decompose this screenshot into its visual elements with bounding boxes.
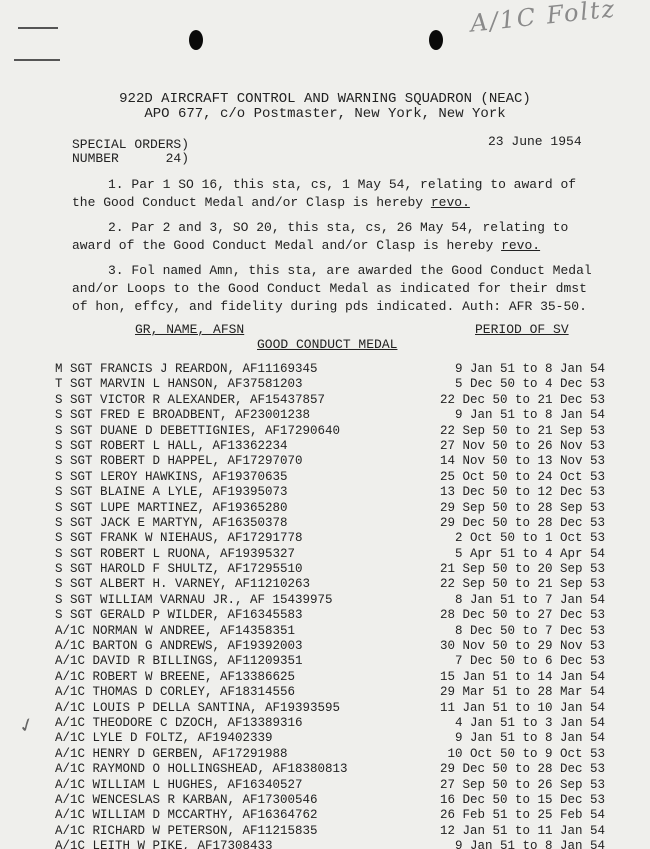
service-period: 29 Mar 51 to 28 Mar 54: [440, 685, 605, 700]
orders-label: SPECIAL ORDERS): [72, 137, 189, 152]
table-row: S SGT ROBERT L RUONA, AF193953275 Apr 51…: [55, 547, 615, 562]
service-period: 9 Jan 51 to 8 Jan 54: [455, 408, 605, 423]
awardee-name: S SGT FRANK W NIEHAUS, AF17291778: [55, 531, 303, 546]
service-period: 5 Apr 51 to 4 Apr 54: [455, 547, 605, 562]
punch-hole: [429, 30, 443, 50]
table-row: A/1C HENRY D GERBEN, AF1729198810 Oct 50…: [55, 747, 615, 762]
service-period: 8 Dec 50 to 7 Dec 53: [455, 624, 605, 639]
awardee-name: S SGT VICTOR R ALEXANDER, AF15437857: [55, 393, 325, 408]
awardee-name: A/1C RAYMOND O HOLLINGSHEAD, AF18380813: [55, 762, 348, 777]
table-row: S SGT DUANE D DEBETTIGNIES, AF1729064022…: [55, 424, 615, 439]
service-period: 7 Dec 50 to 6 Dec 53: [455, 654, 605, 669]
awardee-name: S SGT ROBERT L RUONA, AF19395327: [55, 547, 295, 562]
awardee-name: S SGT FRED E BROADBENT, AF23001238: [55, 408, 310, 423]
section-header: GOOD CONDUCT MEDAL: [257, 337, 397, 352]
service-period: 14 Nov 50 to 13 Nov 53: [440, 454, 605, 469]
awardee-name: A/1C DAVID R BILLINGS, AF11209351: [55, 654, 303, 669]
table-row: A/1C DAVID R BILLINGS, AF112093517 Dec 5…: [55, 654, 615, 669]
checkmark-icon: ✓: [16, 712, 37, 741]
service-period: 27 Nov 50 to 26 Nov 53: [440, 439, 605, 454]
table-row: A/1C ROBERT W BREENE, AF1338662515 Jan 5…: [55, 670, 615, 685]
awardee-name: A/1C LOUIS P DELLA SANTINA, AF19393595: [55, 701, 340, 716]
service-period: 30 Nov 50 to 29 Nov 53: [440, 639, 605, 654]
table-row: A/1C THOMAS D CORLEY, AF1831455629 Mar 5…: [55, 685, 615, 700]
awardee-name: M SGT FRANCIS J REARDON, AF11169345: [55, 362, 318, 377]
table-row: S SGT ROBERT D HAPPEL, AF1729707014 Nov …: [55, 454, 615, 469]
service-period: 12 Jan 51 to 11 Jan 54: [440, 824, 605, 839]
table-row: A/1C RAYMOND O HOLLINGSHEAD, AF183808132…: [55, 762, 615, 777]
service-period: 5 Dec 50 to 4 Dec 53: [455, 377, 605, 392]
service-period: 9 Jan 51 to 8 Jan 54: [455, 839, 605, 849]
service-period: 21 Sep 50 to 20 Sep 53: [440, 562, 605, 577]
paragraph-text: 3. Fol named Amn, this sta, are awarded …: [72, 263, 592, 314]
service-period: 22 Sep 50 to 21 Sep 53: [440, 424, 605, 439]
table-row: A/1C THEODORE C DZOCH, AF133893164 Jan 5…: [55, 716, 615, 731]
table-row: S SGT ALBERT H. VARNEY, AF1121026322 Sep…: [55, 577, 615, 592]
table-row: A/1C WILLIAM D MCCARTHY, AF1636476226 Fe…: [55, 808, 615, 823]
awardee-name: S SGT GERALD P WILDER, AF16345583: [55, 608, 303, 623]
paragraph-emphasis: revo.: [501, 238, 540, 253]
table-row: A/1C WENCESLAS R KARBAN, AF1730054616 De…: [55, 793, 615, 808]
table-row: M SGT FRANCIS J REARDON, AF111693459 Jan…: [55, 362, 615, 377]
awardee-name: T SGT MARVIN L HANSON, AF37581203: [55, 377, 303, 392]
table-row: S SGT JACK E MARTYN, AF1635037829 Dec 50…: [55, 516, 615, 531]
service-period: 27 Sep 50 to 26 Sep 53: [440, 778, 605, 793]
table-row: A/1C LYLE D FOLTZ, AF194023399 Jan 51 to…: [55, 731, 615, 746]
awardee-name: A/1C ROBERT W BREENE, AF13386625: [55, 670, 295, 685]
punch-hole: [189, 30, 203, 50]
service-period: 28 Dec 50 to 27 Dec 53: [440, 608, 605, 623]
service-period: 13 Dec 50 to 12 Dec 53: [440, 485, 605, 500]
service-period: 29 Dec 50 to 28 Dec 53: [440, 516, 605, 531]
table-row: A/1C NORMAN W ANDREE, AF143583518 Dec 50…: [55, 624, 615, 639]
awardee-name: S SGT BLAINE A LYLE, AF19395073: [55, 485, 288, 500]
table-row: S SGT HAROLD F SHULTZ, AF1729551021 Sep …: [55, 562, 615, 577]
service-period: 10 Oct 50 to 9 Oct 53: [447, 747, 605, 762]
table-row: S SGT LUPE MARTINEZ, AF1936528029 Sep 50…: [55, 501, 615, 516]
orders-number: NUMBER 24): [72, 151, 189, 166]
service-period: 22 Dec 50 to 21 Dec 53: [440, 393, 605, 408]
awardee-name: A/1C LEITH W PIKE, AF17308433: [55, 839, 273, 849]
table-row: S SGT LEROY HAWKINS, AF1937063525 Oct 50…: [55, 470, 615, 485]
table-row: S SGT GERALD P WILDER, AF1634558328 Dec …: [55, 608, 615, 623]
paragraph-text: 1. Par 1 SO 16, this sta, cs, 1 May 54, …: [72, 177, 576, 210]
table-row: A/1C BARTON G ANDREWS, AF1939200330 Nov …: [55, 639, 615, 654]
table-row: S SGT FRED E BROADBENT, AF230012389 Jan …: [55, 408, 615, 423]
service-period: 4 Jan 51 to 3 Jan 54: [455, 716, 605, 731]
awardee-name: A/1C WILLIAM L HUGHES, AF16340527: [55, 778, 303, 793]
paragraph-2: 2. Par 2 and 3, SO 20, this sta, cs, 26 …: [72, 219, 592, 255]
table-row: A/1C WILLIAM L HUGHES, AF1634052727 Sep …: [55, 778, 615, 793]
service-period: 16 Dec 50 to 15 Dec 53: [440, 793, 605, 808]
unit-address: APO 677, c/o Postmaster, New York, New Y…: [0, 106, 650, 122]
awardee-name: A/1C THOMAS D CORLEY, AF18314556: [55, 685, 295, 700]
table-row: A/1C LOUIS P DELLA SANTINA, AF1939359511…: [55, 701, 615, 716]
service-period: 25 Oct 50 to 24 Oct 53: [440, 470, 605, 485]
awardee-name: S SGT WILLIAM VARNAU JR., AF 15439975: [55, 593, 333, 608]
awardee-name: A/1C WILLIAM D MCCARTHY, AF16364762: [55, 808, 318, 823]
service-period: 26 Feb 51 to 25 Feb 54: [440, 808, 605, 823]
table-row: S SGT ROBERT L HALL, AF1336223427 Nov 50…: [55, 439, 615, 454]
service-period: 2 Oct 50 to 1 Oct 53: [455, 531, 605, 546]
paragraph-text: 2. Par 2 and 3, SO 20, this sta, cs, 26 …: [72, 220, 568, 253]
handwritten-annotation: A/1C Foltz: [469, 0, 618, 38]
service-period: 15 Jan 51 to 14 Jan 54: [440, 670, 605, 685]
service-period: 11 Jan 51 to 10 Jan 54: [440, 701, 605, 716]
awardee-name: S SGT LEROY HAWKINS, AF19370635: [55, 470, 288, 485]
awardee-name: S SGT ALBERT H. VARNEY, AF11210263: [55, 577, 310, 592]
awardee-name: A/1C THEODORE C DZOCH, AF13389316: [55, 716, 303, 731]
paragraph-1: 1. Par 1 SO 16, this sta, cs, 1 May 54, …: [72, 176, 592, 212]
orders-date: 23 June 1954: [488, 134, 582, 149]
awardee-name: A/1C NORMAN W ANDREE, AF14358351: [55, 624, 295, 639]
service-period: 29 Sep 50 to 28 Sep 53: [440, 501, 605, 516]
awardee-name: A/1C HENRY D GERBEN, AF17291988: [55, 747, 288, 762]
awardee-name: S SGT ROBERT L HALL, AF13362234: [55, 439, 288, 454]
awardee-name: S SGT ROBERT D HAPPEL, AF17297070: [55, 454, 303, 469]
unit-header: 922D AIRCRAFT CONTROL AND WARNING SQUADR…: [0, 91, 650, 107]
column-header-period: PERIOD OF SV: [475, 322, 569, 337]
service-period: 8 Jan 51 to 7 Jan 54: [455, 593, 605, 608]
staple-mark: [18, 27, 58, 29]
table-row: T SGT MARVIN L HANSON, AF375812035 Dec 5…: [55, 377, 615, 392]
service-period: 22 Sep 50 to 21 Sep 53: [440, 577, 605, 592]
table-row: A/1C LEITH W PIKE, AF173084339 Jan 51 to…: [55, 839, 615, 849]
awardee-name: S SGT LUPE MARTINEZ, AF19365280: [55, 501, 288, 516]
table-row: S SGT FRANK W NIEHAUS, AF172917782 Oct 5…: [55, 531, 615, 546]
paragraph-3: 3. Fol named Amn, this sta, are awarded …: [72, 262, 592, 316]
service-period: 29 Dec 50 to 28 Dec 53: [440, 762, 605, 777]
service-period: 9 Jan 51 to 8 Jan 54: [455, 731, 605, 746]
column-header-name: GR, NAME, AFSN: [135, 322, 244, 337]
awardee-name: S SGT DUANE D DEBETTIGNIES, AF17290640: [55, 424, 340, 439]
service-period: 9 Jan 51 to 8 Jan 54: [455, 362, 605, 377]
document-page: A/1C Foltz 922D AIRCRAFT CONTROL AND WAR…: [0, 0, 650, 849]
awardee-name: S SGT HAROLD F SHULTZ, AF17295510: [55, 562, 303, 577]
table-row: S SGT VICTOR R ALEXANDER, AF1543785722 D…: [55, 393, 615, 408]
staple-mark: [14, 59, 60, 61]
awardee-list: M SGT FRANCIS J REARDON, AF111693459 Jan…: [55, 362, 615, 849]
awardee-name: A/1C LYLE D FOLTZ, AF19402339: [55, 731, 273, 746]
awardee-name: A/1C WENCESLAS R KARBAN, AF17300546: [55, 793, 318, 808]
awardee-name: A/1C RICHARD W PETERSON, AF11215835: [55, 824, 318, 839]
table-row: A/1C RICHARD W PETERSON, AF1121583512 Ja…: [55, 824, 615, 839]
table-row: S SGT BLAINE A LYLE, AF1939507313 Dec 50…: [55, 485, 615, 500]
awardee-name: S SGT JACK E MARTYN, AF16350378: [55, 516, 288, 531]
awardee-name: A/1C BARTON G ANDREWS, AF19392003: [55, 639, 303, 654]
paragraph-emphasis: revo.: [431, 195, 470, 210]
table-row: S SGT WILLIAM VARNAU JR., AF 154399758 J…: [55, 593, 615, 608]
